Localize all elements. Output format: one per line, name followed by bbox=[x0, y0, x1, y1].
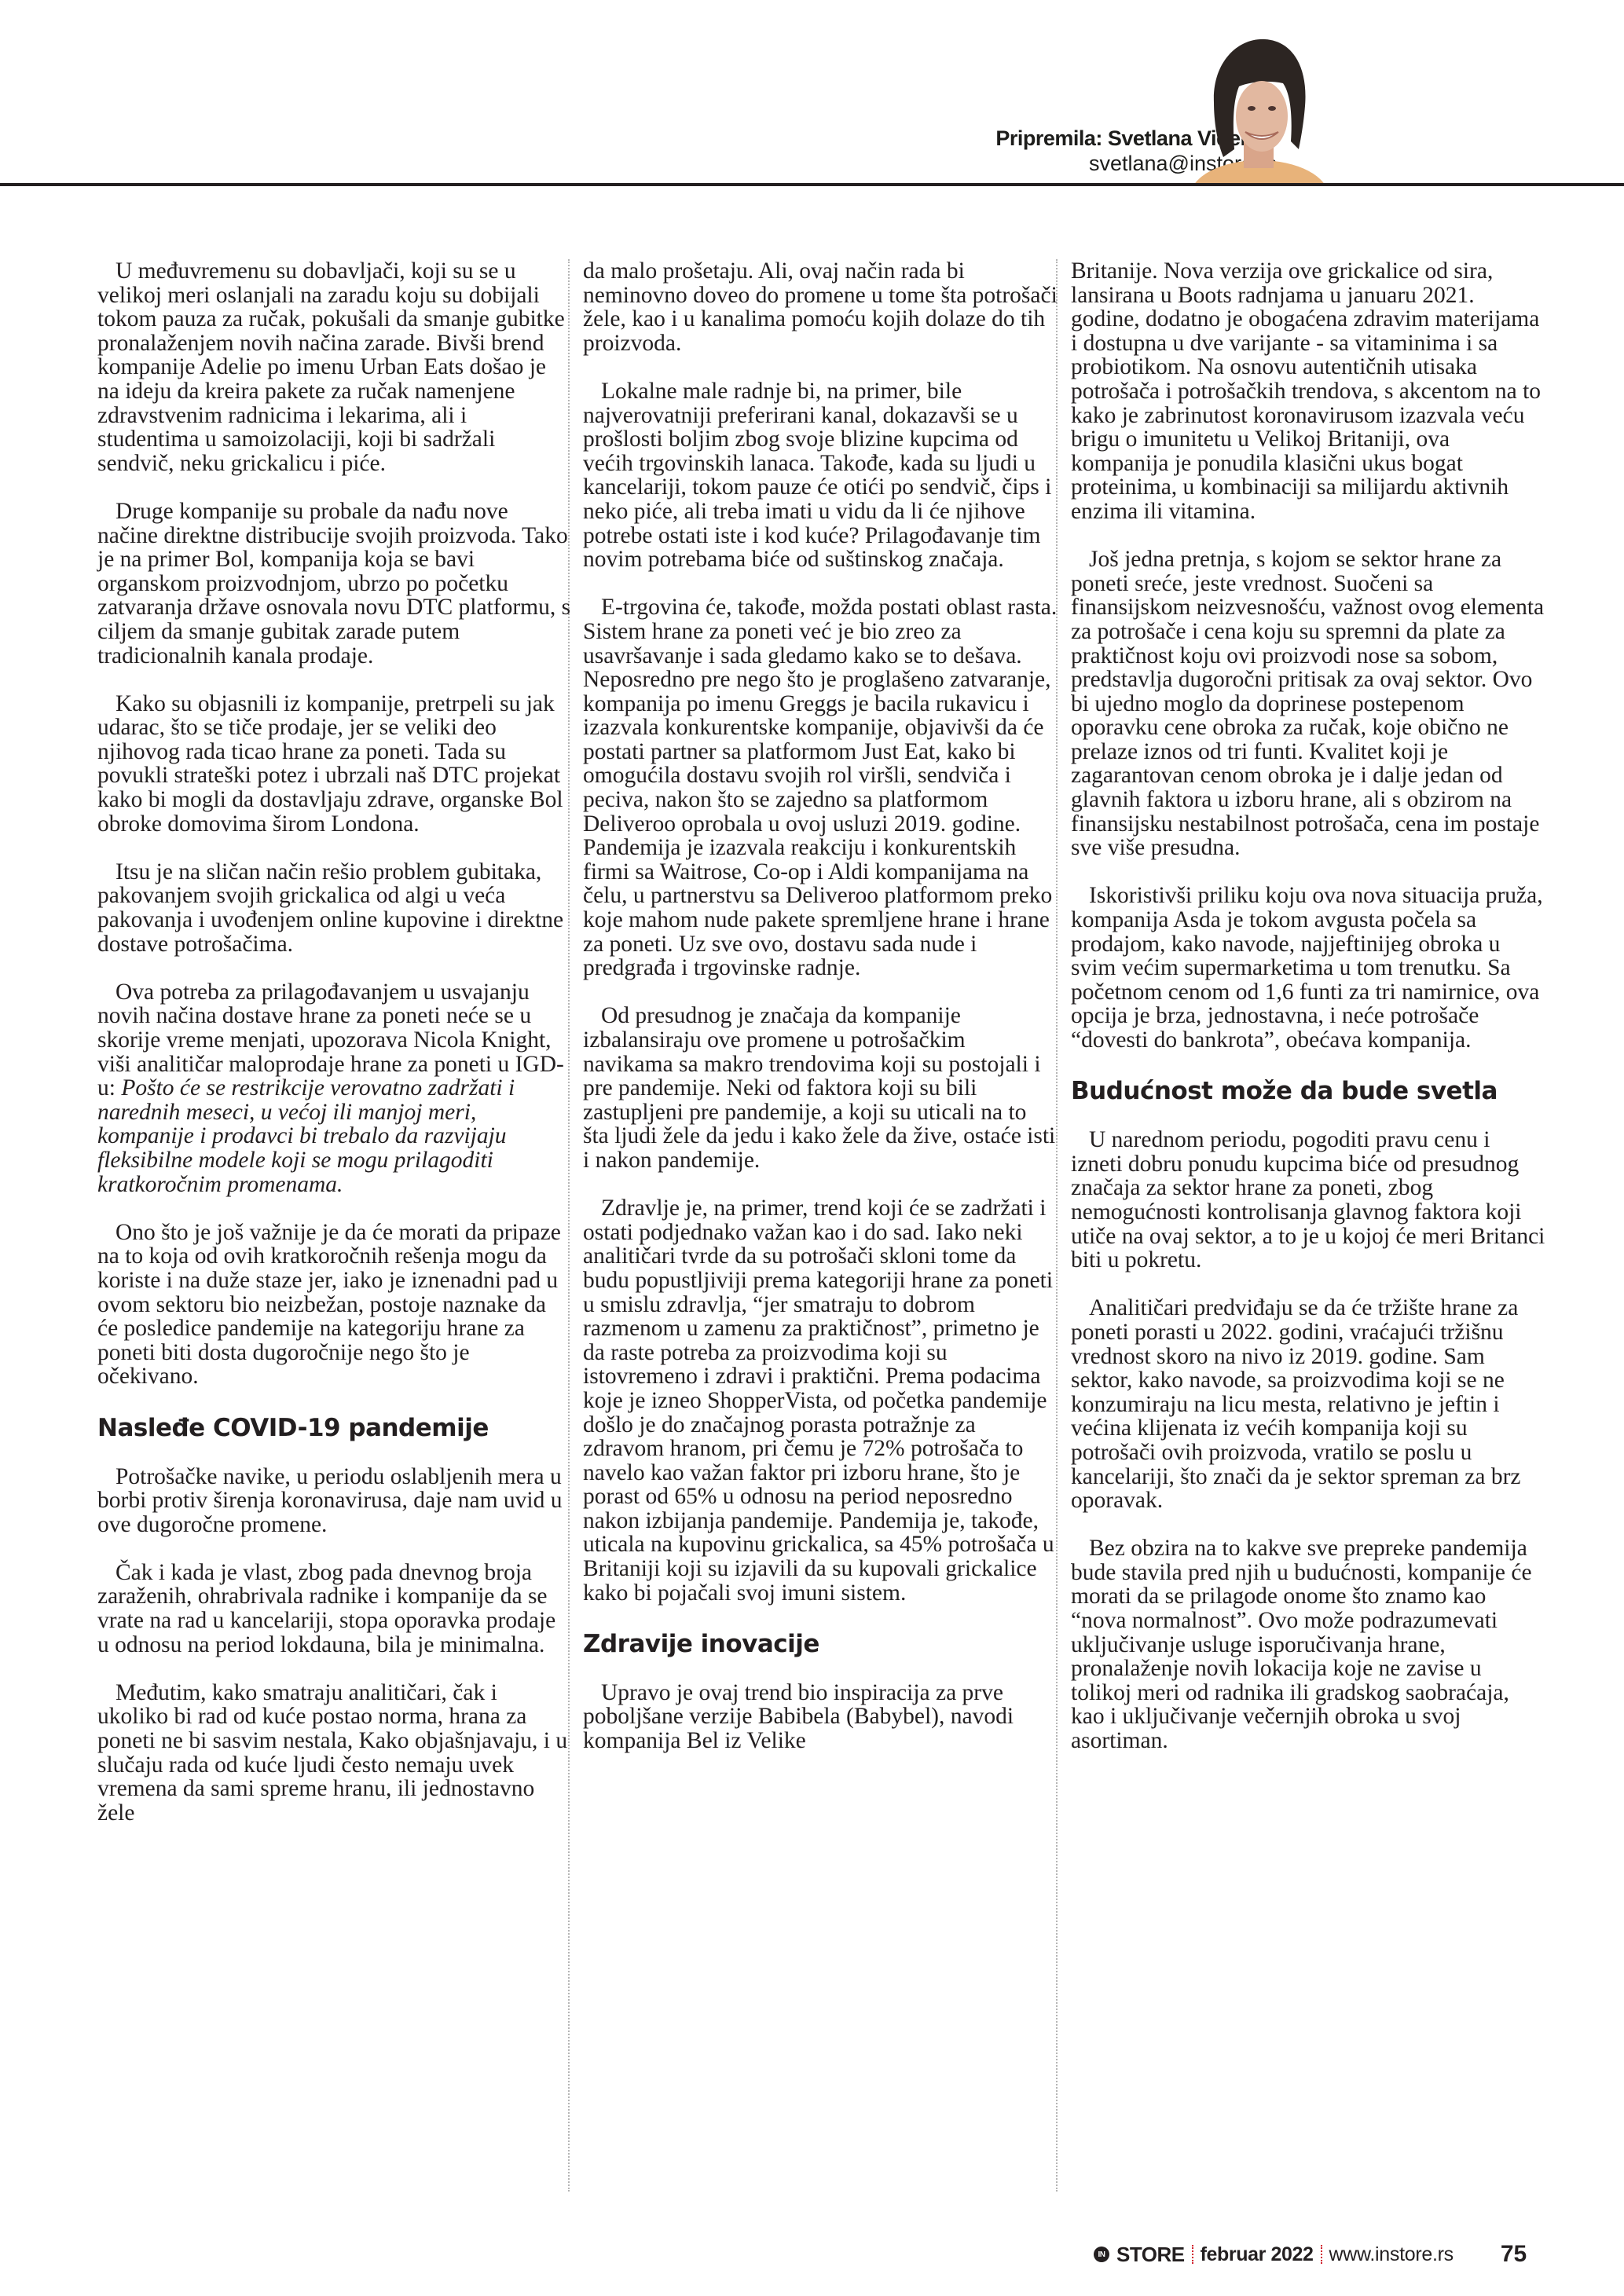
website-link[interactable]: www.instore.rs bbox=[1329, 2243, 1454, 2266]
footer-separator bbox=[1321, 2245, 1322, 2264]
paragraph: Upravo je ovaj trend bio inspiracija za … bbox=[583, 1681, 1058, 1753]
paragraph: U narednom periodu, pogoditi pravu cenu … bbox=[1071, 1128, 1545, 1273]
paragraph: E-trgovina će, takođe, možda postati obl… bbox=[583, 595, 1058, 980]
page-footer: IN STORE februar 2022 www.instore.rs 75 bbox=[1094, 2239, 1527, 2270]
article-column-3: Britanije. Nova verzija ove grickalice o… bbox=[1071, 259, 1545, 1777]
page-header: Pripremila: Svetlana Videnov svetlana@in… bbox=[0, 0, 1624, 189]
analyst-quote: Pošto će se restrikcije verovatno zadrža… bbox=[97, 1075, 515, 1196]
instore-logo: IN STORE bbox=[1094, 2243, 1185, 2267]
paragraph: Od presudnog je značaja da kompanije izb… bbox=[583, 1004, 1058, 1172]
instore-logo-icon: IN bbox=[1094, 2247, 1109, 2262]
paragraph: Ono što je još važnije je da će morati d… bbox=[97, 1221, 572, 1389]
paragraph: Bez obzira na to kakve sve prepreke pand… bbox=[1071, 1536, 1545, 1752]
section-heading: Budućnost može da bude svetla bbox=[1071, 1076, 1545, 1106]
author-photo-icon bbox=[1182, 31, 1332, 184]
author-portrait bbox=[1182, 31, 1332, 184]
issue-date: februar 2022 bbox=[1201, 2243, 1314, 2266]
paragraph: Druge kompanije su probale da nađu nove … bbox=[97, 500, 572, 668]
footer-separator bbox=[1192, 2245, 1193, 2264]
paragraph-continued: da malo prošetaju. Ali, ovaj način rada … bbox=[583, 259, 1058, 355]
paragraph: Međutim, kako smatraju analitičari, čak … bbox=[97, 1681, 572, 1825]
article-column-2: da malo prošetaju. Ali, ovaj način rada … bbox=[583, 259, 1058, 1777]
paragraph: Iskoristivši priliku koju ova nova situa… bbox=[1071, 884, 1545, 1052]
article-column-1: U međuvremenu su dobavljači, koji su se … bbox=[97, 259, 572, 1849]
header-rule bbox=[0, 183, 1624, 186]
paragraph: Još jedna pretnja, s kojom se sektor hra… bbox=[1071, 547, 1545, 860]
logo-text: STORE bbox=[1116, 2243, 1185, 2267]
paragraph: Analitičari predviđaju se da će tržište … bbox=[1071, 1296, 1545, 1512]
section-heading: Zdravije inovacije bbox=[583, 1629, 1058, 1659]
paragraph-with-quote: Ova potreba za prilagođavanjem u usvajan… bbox=[97, 980, 572, 1196]
paragraph: Zdravlje je, na primer, trend koji će se… bbox=[583, 1196, 1058, 1605]
paragraph: Potrošačke navike, u periodu oslabljenih… bbox=[97, 1465, 572, 1537]
paragraph: U međuvremenu su dobavljači, koji su se … bbox=[97, 259, 572, 475]
paragraph: Lokalne male radnje bi, na primer, bile … bbox=[583, 379, 1058, 572]
page-number: 75 bbox=[1501, 2241, 1527, 2268]
paragraph: Čak i kada je vlast, zbog pada dnevnog b… bbox=[97, 1561, 572, 1657]
section-heading: Nasleđe COVID-19 pandemije bbox=[97, 1413, 572, 1443]
paragraph: Itsu je na sličan način rešio problem gu… bbox=[97, 860, 572, 956]
paragraph-continued: Britanije. Nova verzija ove grickalice o… bbox=[1071, 259, 1545, 524]
paragraph: Kako su objasnili iz kompanije, pretrpel… bbox=[97, 692, 572, 837]
